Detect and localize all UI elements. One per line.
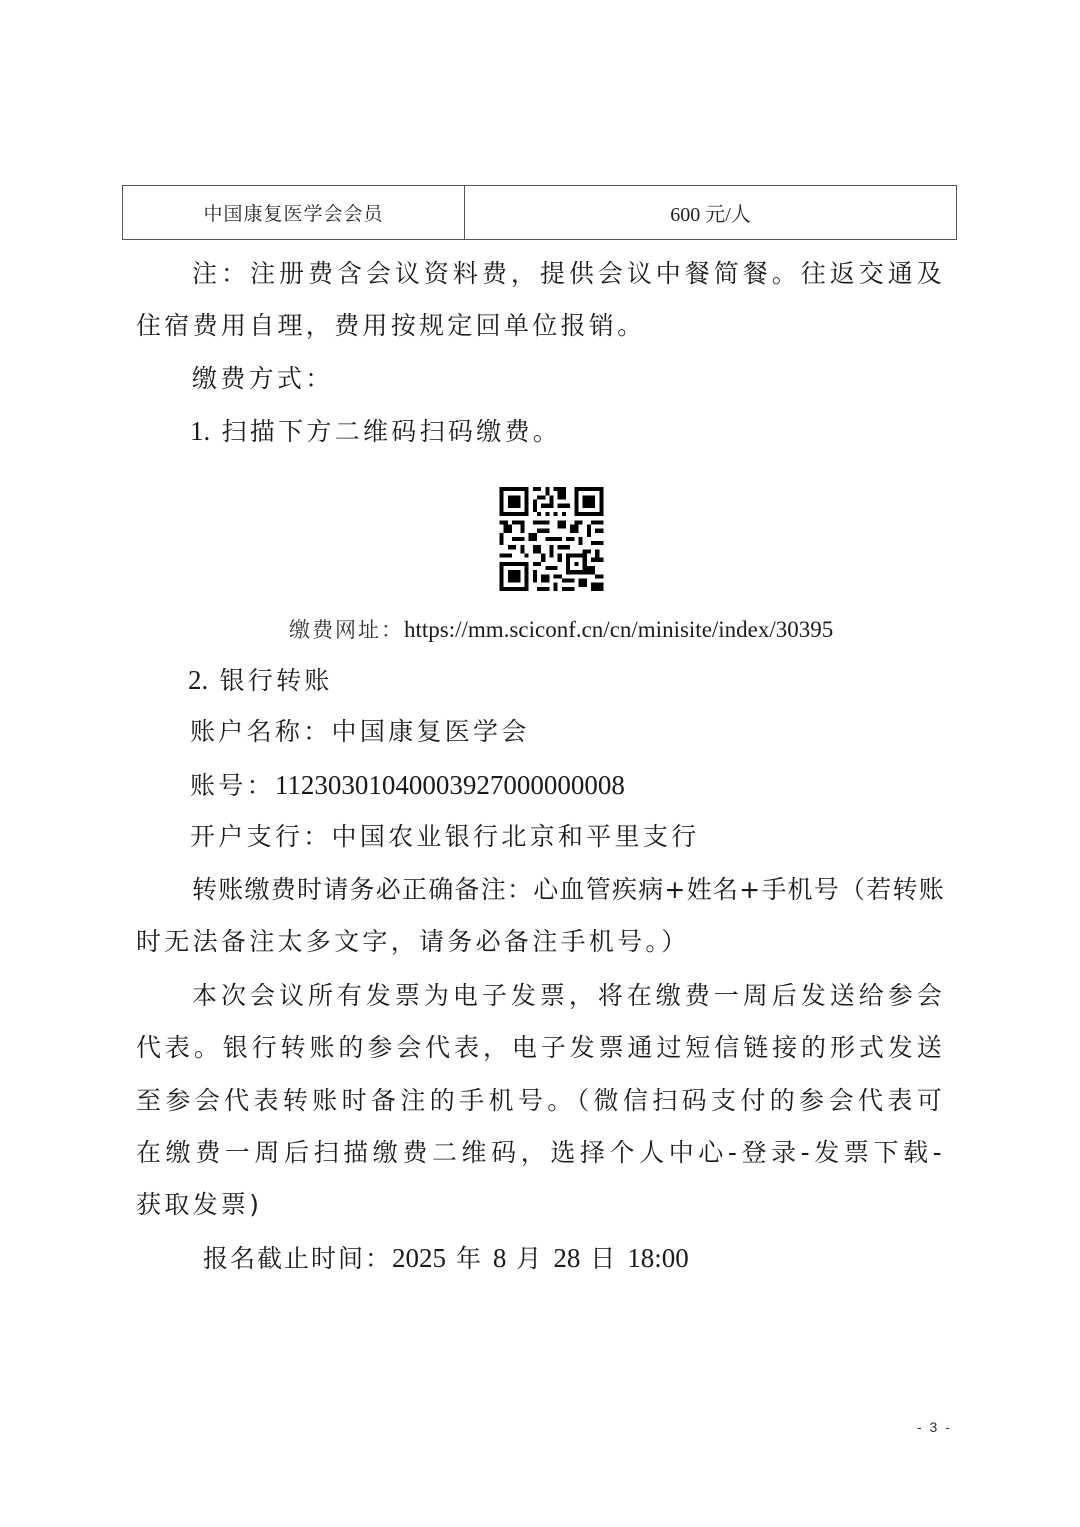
payment-method-2: 2. 银行转账 bbox=[188, 665, 333, 696]
deadline-year: 2025 bbox=[392, 1243, 446, 1273]
invoice-note-line-1: 本次会议所有发票为电子发票，将在缴费一周后发送给参会 bbox=[192, 981, 945, 1011]
note-line-2: 住宿费用自理，费用按规定回单位报销。 bbox=[136, 311, 645, 341]
invoice-note-line-3: 至参会代表转账时备注的手机号。（微信扫码支付的参会代表可 bbox=[136, 1086, 945, 1116]
payment-method-1: 1. 扫描下方二维码扫码缴费。 bbox=[190, 416, 561, 447]
fee-table: 中国康复医学会会员 600 元/人 bbox=[122, 185, 957, 240]
account-number-label: 账号： bbox=[190, 771, 275, 800]
deadline-time: 18:00 bbox=[627, 1243, 689, 1273]
invoice-note-line-4: 在缴费一周后扫描缴费二维码，选择个人中心-登录-发票下载- bbox=[136, 1138, 945, 1168]
payment-url-link[interactable]: https://mm.sciconf.cn/cn/minisite/index/… bbox=[404, 617, 833, 642]
deadline-month: 8 bbox=[493, 1243, 507, 1273]
account-name-line: 账户名称：中国康复医学会 bbox=[190, 717, 530, 747]
bank-label: 开户支行： bbox=[190, 822, 332, 851]
deadline-day-unit: 日 bbox=[580, 1244, 627, 1273]
payment-url-label: 缴费网址： bbox=[289, 618, 404, 642]
fee-amount-cell: 600 元/人 bbox=[465, 186, 956, 239]
invoice-note-line-5: 获取发票) bbox=[136, 1190, 262, 1220]
account-name-value: 中国康复医学会 bbox=[332, 717, 530, 746]
method-2-number: 2. bbox=[188, 665, 208, 695]
payment-heading: 缴费方式： bbox=[192, 364, 334, 394]
transfer-note-line-1: 转账缴费时请务必正确备注：心血管疾病+姓名+手机号（若转账 bbox=[192, 875, 945, 905]
deadline-day: 28 bbox=[553, 1243, 580, 1273]
deadline-year-unit: 年 bbox=[446, 1244, 493, 1273]
account-number-value: 11230301040003927000000008 bbox=[275, 770, 625, 800]
bank-line: 开户支行：中国农业银行北京和平里支行 bbox=[190, 822, 699, 852]
account-name-label: 账户名称： bbox=[190, 717, 332, 746]
page-number: - 3 - bbox=[917, 1419, 952, 1435]
method-2-title: 银行转账 bbox=[220, 666, 333, 695]
transfer-note-line-2: 时无法备注太多文字，请务必备注手机号。） bbox=[136, 927, 690, 957]
registration-deadline: 报名截止时间：2025 年 8 月 28 日 18:00 bbox=[203, 1243, 689, 1274]
account-number-line: 账号：11230301040003927000000008 bbox=[190, 770, 625, 801]
fee-category-cell: 中国康复医学会会员 bbox=[123, 186, 465, 239]
deadline-month-unit: 月 bbox=[506, 1244, 553, 1273]
payment-url-line: 缴费网址：https://mm.sciconf.cn/cn/minisite/i… bbox=[289, 614, 833, 644]
deadline-label: 报名截止时间： bbox=[203, 1244, 392, 1273]
method-1-number: 1. bbox=[190, 416, 210, 446]
document-page: 中国康复医学会会员 600 元/人 注：注册费含会议资料费，提供会议中餐简餐。往… bbox=[0, 0, 1080, 1527]
note-line-1: 注：注册费含会议资料费，提供会议中餐简餐。往返交通及 bbox=[192, 259, 945, 289]
invoice-note-line-2: 代表。银行转账的参会代表，电子发票通过短信链接的形式发送 bbox=[136, 1033, 945, 1063]
qr-code-icon[interactable] bbox=[498, 487, 605, 591]
bank-value: 中国农业银行北京和平里支行 bbox=[332, 822, 700, 851]
method-1-title: 扫描下方二维码扫码缴费。 bbox=[222, 417, 562, 446]
